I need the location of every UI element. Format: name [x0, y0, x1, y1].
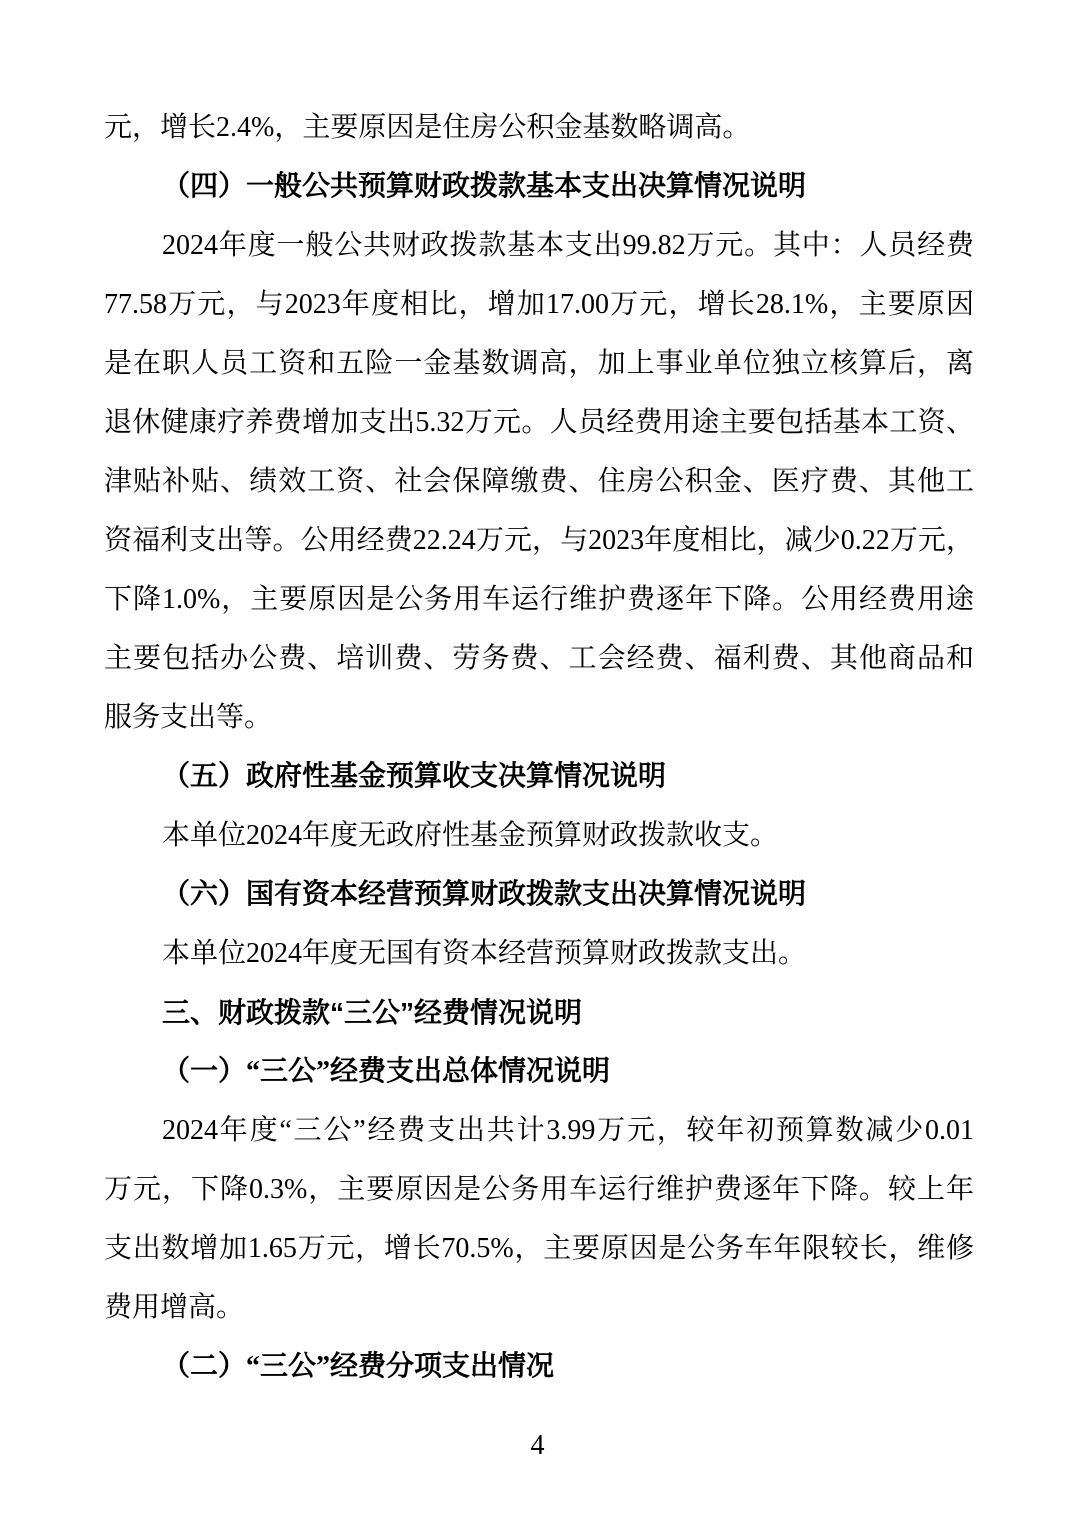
page-body: 元，增长2.4%，主要原因是住房公积金基数略调高。 （四）一般公共预算财政拨款基… [104, 98, 974, 1396]
section-6-paragraph-line: 本单位2024年度无国有资本经营预算财政拨款支出。 [104, 924, 974, 983]
part-3-heading: 三、财政拨款“三公”经费情况说明 [104, 983, 974, 1042]
section-4-paragraph-line: 下降1.0%，主要原因是公务用车运行维护费逐年下降。公用经费用途 [104, 570, 974, 629]
page-number: 4 [0, 1426, 1075, 1466]
subsection-2-heading: （二）“三公”经费分项支出情况 [104, 1337, 974, 1396]
subsection-1-paragraph-line: 费用增高。 [104, 1278, 974, 1337]
section-4-paragraph-line: 资福利支出等。公用经费22.24万元，与2023年度相比，减少0.22万元， [104, 511, 974, 570]
subsection-1-paragraph-line: 2024年度“三公”经费支出共计3.99万元，较年初预算数减少0.01 [104, 1101, 974, 1160]
section-4-paragraph-line: 是在职人员工资和五险一金基数调高，加上事业单位独立核算后，离 [104, 334, 974, 393]
section-4-paragraph-line: 服务支出等。 [104, 688, 974, 747]
subsection-1-paragraph-line: 支出数增加1.65万元，增长70.5%，主要原因是公务车年限较长，维修 [104, 1219, 974, 1278]
carryover-line: 元，增长2.4%，主要原因是住房公积金基数略调高。 [104, 98, 974, 157]
section-4-paragraph-line: 主要包括办公费、培训费、劳务费、工会经费、福利费、其他商品和 [104, 629, 974, 688]
section-5-paragraph-line: 本单位2024年度无政府性基金预算财政拨款收支。 [104, 806, 974, 865]
section-5-heading: （五）政府性基金预算收支决算情况说明 [104, 747, 974, 806]
section-4-paragraph-line: 77.58万元，与2023年度相比，增加17.00万元，增长28.1%，主要原因 [104, 275, 974, 334]
section-4-heading: （四）一般公共预算财政拨款基本支出决算情况说明 [104, 157, 974, 216]
subsection-1-heading: （一）“三公”经费支出总体情况说明 [104, 1042, 974, 1101]
subsection-1-paragraph-line: 万元，下降0.3%，主要原因是公务用车运行维护费逐年下降。较上年 [104, 1160, 974, 1219]
section-4-paragraph-line: 津贴补贴、绩效工资、社会保障缴费、住房公积金、医疗费、其他工 [104, 452, 974, 511]
section-4-paragraph-line: 退休健康疗养费增加支出5.32万元。人员经费用途主要包括基本工资、 [104, 393, 974, 452]
section-4-paragraph-line: 2024年度一般公共财政拨款基本支出99.82万元。其中：人员经费 [104, 216, 974, 275]
section-6-heading: （六）国有资本经营预算财政拨款支出决算情况说明 [104, 865, 974, 924]
document-page: 元，增长2.4%，主要原因是住房公积金基数略调高。 （四）一般公共预算财政拨款基… [0, 0, 1075, 1520]
